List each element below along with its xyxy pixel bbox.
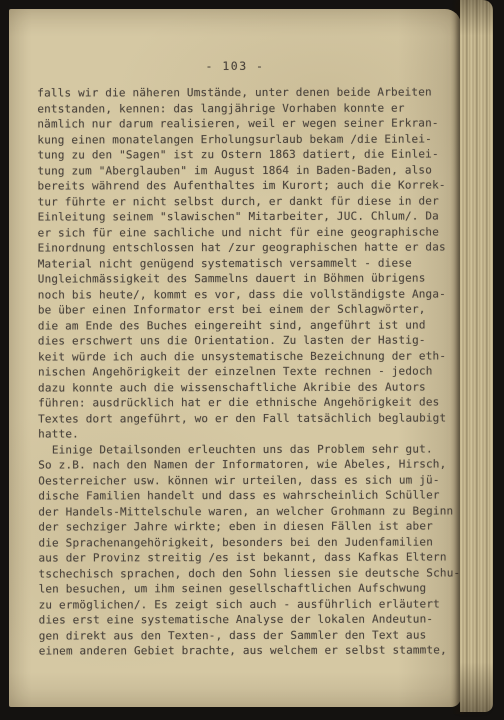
page-number: - 103 - [9,59,461,73]
text-line: dies erschwert uns die Orientation. Zu l… [38,332,454,349]
text-line: Oesterreicher usw. können wir urteilen, … [38,472,454,489]
text-line: falls wir die näheren Umstände, unter de… [37,84,453,101]
text-line: Einordnung entschlossen hat /zur geograp… [38,239,454,256]
text-line: zu ermöglichen/. Es zeigt sich auch - au… [39,596,455,613]
text-line: len besuchen, um ihm seinen gesellschaft… [39,580,455,597]
text-line: nischen Angehörigkeit der einzelnen Text… [38,363,454,380]
text-line: tschechisch sprachen, doch den Sohn lies… [39,565,455,582]
text-line: keit würde ich auch die unsystematische … [38,348,454,365]
text-line: Einige Detailsonden erleuchten uns das P… [38,441,454,458]
scanned-page: - 103 - falls wir die näheren Umstände, … [9,9,461,707]
text-line: der Handels-Mittelschule waren, an welch… [38,503,454,520]
text-line: Einleitung seinem "slawischen" Mitarbeit… [38,208,454,225]
text-line: führen: ausdrücklich hat er die ethnisch… [38,394,454,411]
text-line: aus der Provinz streitig /es ist bekannt… [38,549,454,566]
text-line: Ungleichmässigkeit des Sammelns dauert i… [38,270,454,287]
text-line: er sich für eine sachliche und nicht für… [38,224,454,241]
text-line: die Sprachenangehörigkeit, besonders bei… [38,534,454,551]
text-line: die am Ende des Buches eingereiht sind, … [38,317,454,334]
text-line: be über einen Informator erst bei einem … [38,301,454,318]
book-fore-edge [460,0,493,712]
text-line: bereits während des Aufenthaltes im Kuro… [37,177,453,194]
text-line: der sechziger Jahre wirkte; eben in dies… [38,518,454,535]
text-line: einem anderen Gebiet brachte, aus welche… [39,642,455,659]
book-scan-photo: - 103 - falls wir die näheren Umstände, … [0,0,504,720]
text-line: kung einen monatelangen Erholungsurlaub … [37,131,453,148]
typewritten-text-block: falls wir die näheren Umstände, unter de… [37,84,455,659]
text-line: dazu konnte auch die wissenschaftliche A… [38,379,454,396]
text-line: tung zum "Aberglauben" im August 1864 in… [37,162,453,179]
text-line: dies erst eine systematische Analyse der… [39,611,455,628]
text-line: hatte. [38,425,454,442]
text-line: Textes dort angeführt, wo er den Fall ta… [38,410,454,427]
text-line: entstanden, kennen: das langjährige Vorh… [37,100,453,117]
text-line: dische Familien handelt und dass es wahr… [38,487,454,504]
text-line: nämlich nur darum realisieren, weil er w… [37,115,453,132]
text-line: tung zu den "Sagen" ist zu Ostern 1863 d… [37,146,453,163]
text-line: noch bis heute/, kommt es vor, dass die … [38,286,454,303]
text-line: Material nicht genügend systematisch ver… [38,255,454,272]
text-line: tur führte er nicht selbst durch, er dan… [38,193,454,210]
text-line: So z.B. nach den Namen der Informatoren,… [38,456,454,473]
text-line: gen direkt aus den Texten-, dass der Sam… [39,627,455,644]
